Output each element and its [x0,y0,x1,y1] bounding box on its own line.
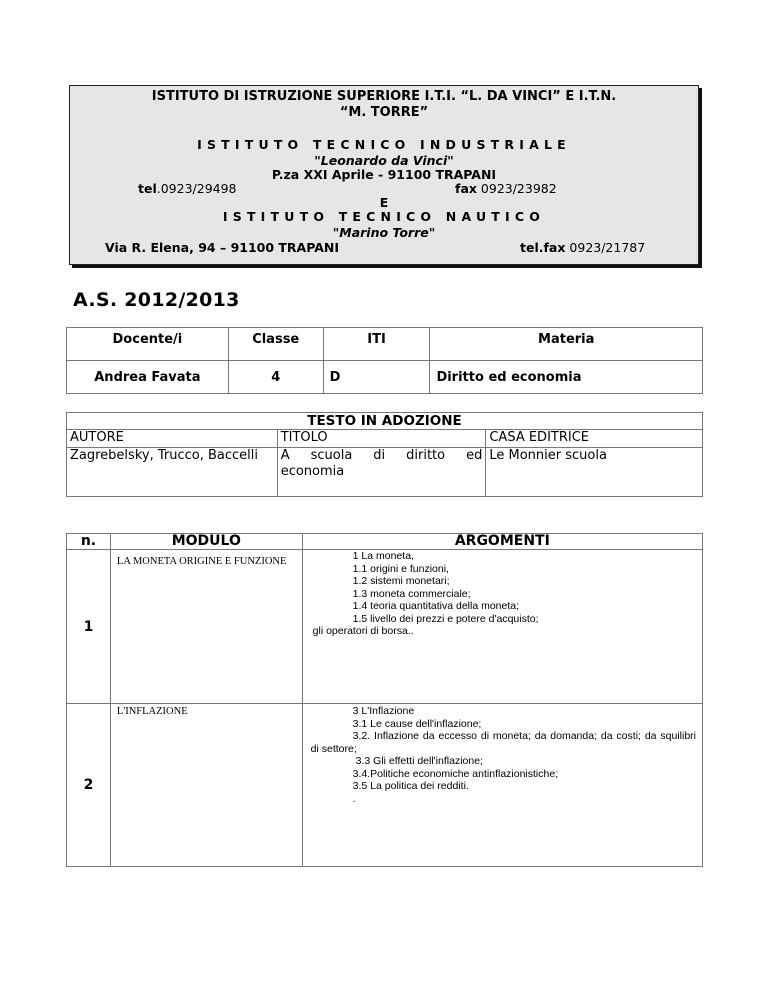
table-row: 2 L'INFLAZIONE 3 L'Inflazione 3.1 Le cau… [67,704,703,867]
module-number: 1 [67,550,111,704]
header-argomenti: ARGOMENTI [302,534,702,550]
topic-line: 1.5 livello dei prezzi e potere d'acquis… [311,613,696,626]
school1-tel: tel.0923/29498 [138,182,237,196]
fax-value: 0923/23982 [477,181,557,196]
header-iti: ITI [323,328,430,361]
school1-fax: fax 0923/23982 [455,182,557,196]
cell-titolo: A scuola di diritto ed economia [277,448,486,497]
topic-line: 3.2. Inflazione da eccesso di moneta; da… [311,730,696,755]
cell-iti: D [323,361,430,394]
tel-label: tel [138,181,157,196]
school1-type: ISTITUTO TECNICO INDUSTRIALE [70,138,698,152]
topic-line: 3.1 Le cause dell'inflazione; [311,718,696,731]
header-docente: Docente/i [67,328,229,361]
header-modulo: MODULO [110,534,302,550]
topic-line: 1.1 origini e funzioni, [311,563,696,576]
tel-value: .0923/29498 [157,181,237,196]
cell-autore: Zagrebelsky, Trucco, Baccelli [67,448,278,497]
header-autore: AUTORE [67,430,278,448]
school2-name: "Marino Torre" [70,226,698,240]
cell-docente: Andrea Favata [67,361,229,394]
textbook-header-row: AUTORE TITOLO CASA EDITRICE [67,430,703,448]
module-name: L'INFLAZIONE [110,704,302,867]
cell-classe: 4 [228,361,323,394]
school2-telfax: tel.fax 0923/21787 [520,241,645,255]
school-year-heading: A.S. 2012/2013 [73,289,240,311]
school-header-box: ISTITUTO DI ISTRUZIONE SUPERIORE I.T.I. … [69,85,699,265]
topic-line: 1.2 sistemi monetari; [311,575,696,588]
modules-header-row: n. MODULO ARGOMENTI [67,534,703,550]
topic-line: 3.5 La politica dei redditi. [311,780,696,793]
topic-line: 1 La moneta, [311,550,696,563]
table-row: Zagrebelsky, Trucco, Baccelli A scuola d… [67,448,703,497]
topic-line: 3 L'Inflazione [311,705,696,718]
school2-type: ISTITUTO TECNICO NAUTICO [70,210,698,224]
topic-line: 3.4.Politiche economiche antinflazionist… [311,768,696,781]
cell-casa-editrice: Le Monnier scuola [486,448,703,497]
header-casa-editrice: CASA EDITRICE [486,430,703,448]
conjunction: E [70,196,698,210]
header-titolo: TITOLO [277,430,486,448]
class-table-header: Docente/i Classe ITI Materia [67,328,703,361]
school2-address: Via R. Elena, 94 – 91100 TRAPANI [105,241,339,255]
topic-line: 1.4 teoria quantitativa della moneta; [311,600,696,613]
school1-name: "Leonardo da Vinci" [70,154,698,168]
table-row: 1 LA MONETA ORIGINE E FUNZIONE 1 La mone… [67,550,703,704]
institute-title-line2: “M. TORRE” [70,106,698,120]
topic-line: 3.3 Gli effetti dell'inflazione; [311,755,696,768]
textbook-table: TESTO IN ADOZIONE AUTORE TITOLO CASA EDI… [66,412,703,497]
table-row: Andrea Favata 4 D Diritto ed economia [67,361,703,394]
module-topics: 3 L'Inflazione 3.1 Le cause dell'inflazi… [302,704,702,867]
telfax-label: tel.fax [520,240,565,255]
module-number: 2 [67,704,111,867]
topic-line: gli operatori di borsa.. [311,625,696,638]
header-materia: Materia [430,328,703,361]
cell-materia: Diritto ed economia [430,361,703,394]
telfax-value: 0923/21787 [565,240,645,255]
class-table: Docente/i Classe ITI Materia Andrea Fava… [66,327,703,394]
institute-title: ISTITUTO DI ISTRUZIONE SUPERIORE I.T.I. … [70,90,698,104]
header-n: n. [67,534,111,550]
module-topics: 1 La moneta, 1.1 origini e funzioni, 1.2… [302,550,702,704]
module-name: LA MONETA ORIGINE E FUNZIONE [110,550,302,704]
modules-table: n. MODULO ARGOMENTI 1 LA MONETA ORIGINE … [66,533,703,867]
fax-label: fax [455,181,477,196]
topic-line: 1.3 moneta commerciale; [311,588,696,601]
school1-address: P.za XXI Aprile - 91100 TRAPANI [70,168,698,182]
textbook-title: TESTO IN ADOZIONE [67,413,703,430]
header-classe: Classe [228,328,323,361]
topic-line: . [311,793,696,806]
